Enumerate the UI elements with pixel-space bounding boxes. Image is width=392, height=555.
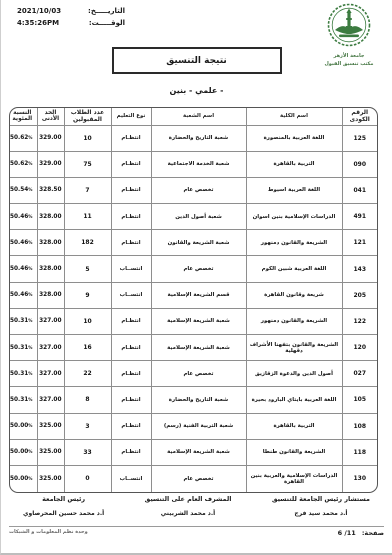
percent-sign: % bbox=[28, 240, 32, 245]
percent-sign: % bbox=[28, 476, 32, 481]
cell-college-name: الدراسات الإسلامية والعربية بنين القاهرة bbox=[246, 465, 342, 491]
cell-branch-name: شعبة الشريعة والقانون bbox=[151, 230, 246, 256]
cell-education-type: انتظـام bbox=[111, 308, 151, 334]
percent-sign: % bbox=[28, 292, 32, 297]
cell-percentage: 50.46% bbox=[9, 230, 37, 256]
table-row: 120 الشريعة والقانون بتفهنا الأشراف دقهل… bbox=[9, 335, 377, 361]
percentage-value: 50.46 bbox=[10, 266, 28, 272]
table-row: 090 التربية بالقاهرة شعبة الخدمة الاجتما… bbox=[9, 151, 377, 177]
cell-minimum-score: 327.00 bbox=[37, 335, 64, 361]
datetime-block: التاريـــــخ: 2021/10/03 الوقـــــت: 4:3… bbox=[17, 7, 125, 31]
percentage-value: 50.46 bbox=[10, 214, 28, 220]
cell-branch-name: قسم الشريعة الإسلامية bbox=[151, 282, 246, 308]
cell-code-number: 122 bbox=[342, 308, 377, 334]
footer-divider bbox=[9, 526, 384, 527]
percent-sign: % bbox=[28, 345, 32, 350]
cell-percentage: 50.46% bbox=[9, 282, 37, 308]
document-page: التاريـــــخ: 2021/10/03 الوقـــــت: 4:3… bbox=[0, 0, 392, 555]
cell-branch-name: تخصص عام bbox=[151, 465, 246, 491]
cell-percentage: 50.00% bbox=[9, 413, 37, 439]
results-table: الرقم الكودى اسم الكلية اسم الشعبة نوع ا… bbox=[9, 108, 377, 492]
percent-sign: % bbox=[28, 187, 32, 192]
cell-code-number: 130 bbox=[342, 465, 377, 491]
cell-code-number: 041 bbox=[342, 177, 377, 203]
cell-accepted-count: 182 bbox=[64, 230, 111, 256]
signatures-row: مستشار رئيس الجامعة للتنسيق أ.د محمد سيد… bbox=[1, 495, 392, 517]
cell-college-name: اللغة العربية بالمنصورة bbox=[246, 125, 342, 151]
cell-code-number: 118 bbox=[342, 439, 377, 465]
cell-minimum-score: 327.00 bbox=[37, 308, 64, 334]
cell-accepted-count: 9 bbox=[64, 282, 111, 308]
cell-accepted-count: 11 bbox=[64, 204, 111, 230]
cell-education-type: انتســاب bbox=[111, 282, 151, 308]
cell-percentage: 50.31% bbox=[9, 361, 37, 387]
title-box: نتيجة التنسيق bbox=[112, 47, 282, 74]
cell-percentage: 50.00% bbox=[9, 439, 37, 465]
cell-education-type: انتظـام bbox=[111, 413, 151, 439]
table-row: 118 الشريعة والقانون طنطا شعبة الشريعة ا… bbox=[9, 439, 377, 465]
header-code-number: الرقم الكودى bbox=[342, 108, 377, 125]
cell-college-name: اللغة العربية بايتاي البارود بحيرة bbox=[246, 387, 342, 413]
cell-code-number: 090 bbox=[342, 151, 377, 177]
signature-president-title: رئيس الجامعة bbox=[23, 495, 104, 503]
header-branch-name: اسم الشعبة bbox=[151, 108, 246, 125]
cell-college-name: أصول الدين والدعوة الزقازيق bbox=[246, 361, 342, 387]
page-info: صفحة: 6 /11 bbox=[338, 529, 384, 537]
percentage-value: 50.31 bbox=[10, 345, 28, 351]
cell-minimum-score: 328.00 bbox=[37, 282, 64, 308]
cell-accepted-count: 10 bbox=[64, 308, 111, 334]
cell-minimum-score: 325.00 bbox=[37, 413, 64, 439]
cell-branch-name: شعبة الشريعة الإسلامية bbox=[151, 335, 246, 361]
cell-education-type: انتظـام bbox=[111, 230, 151, 256]
header-minimum-score: الحد الأدنى bbox=[37, 108, 64, 125]
page-number: 6 /11 bbox=[338, 529, 356, 537]
cell-branch-name: شعبة التاريخ والحضارة bbox=[151, 387, 246, 413]
cell-accepted-count: 0 bbox=[64, 465, 111, 491]
cell-college-name: الشريعة والقانون دمنهور bbox=[246, 308, 342, 334]
header-percentage: النسبة المئوية bbox=[9, 108, 37, 125]
cell-percentage: 50.31% bbox=[9, 308, 37, 334]
cell-code-number: 027 bbox=[342, 361, 377, 387]
cell-code-number: 121 bbox=[342, 230, 377, 256]
cell-branch-name: شعبة أصول الدين bbox=[151, 204, 246, 230]
cell-education-type: انتســاب bbox=[111, 465, 151, 491]
cell-branch-name: شعبة الشريعة الإسلامية bbox=[151, 308, 246, 334]
cell-code-number: 120 bbox=[342, 335, 377, 361]
header-education-type: نوع التعليم bbox=[111, 108, 151, 125]
signature-supervisor-name: أ.د محمد الشربيني bbox=[145, 510, 232, 517]
cell-percentage: 50.62% bbox=[9, 125, 37, 151]
percentage-value: 50.62 bbox=[10, 161, 28, 167]
table-row: 205 شريعة وقانون القاهرة قسم الشريعة الإ… bbox=[9, 282, 377, 308]
cell-education-type: انتظـام bbox=[111, 439, 151, 465]
cell-education-type: انتظـام bbox=[111, 204, 151, 230]
azhar-emblem-icon bbox=[326, 3, 372, 49]
percentage-value: 50.31 bbox=[10, 397, 28, 403]
cell-college-name: الدراسات الإسلامية بنين اسوان bbox=[246, 204, 342, 230]
table-row: 121 الشريعة والقانون دمنهور شعبة الشريعة… bbox=[9, 230, 377, 256]
cell-education-type: انتســاب bbox=[111, 256, 151, 282]
cell-education-type: انتظـام bbox=[111, 125, 151, 151]
percentage-value: 50.62 bbox=[10, 135, 28, 141]
cell-education-type: انتظـام bbox=[111, 361, 151, 387]
cell-minimum-score: 329.00 bbox=[37, 125, 64, 151]
cell-code-number: 105 bbox=[342, 387, 377, 413]
cell-percentage: 50.31% bbox=[9, 387, 37, 413]
table-row: 027 أصول الدين والدعوة الزقازيق تخصص عام… bbox=[9, 361, 377, 387]
cell-college-name: اللغة العربية شبين الكوم bbox=[246, 256, 342, 282]
cell-minimum-score: 329.00 bbox=[37, 151, 64, 177]
cell-accepted-count: 10 bbox=[64, 125, 111, 151]
percentage-value: 50.00 bbox=[10, 476, 28, 482]
cell-college-name: الشريعة والقانون طنطا bbox=[246, 439, 342, 465]
cell-education-type: انتظـام bbox=[111, 335, 151, 361]
percent-sign: % bbox=[28, 135, 32, 140]
cell-accepted-count: 3 bbox=[64, 413, 111, 439]
date-label: التاريـــــخ: bbox=[88, 7, 125, 15]
cell-percentage: 50.46% bbox=[9, 204, 37, 230]
time-label: الوقـــــت: bbox=[89, 19, 125, 27]
signature-supervisor-title: المشرف العام على التنسيق bbox=[145, 495, 232, 503]
cell-accepted-count: 5 bbox=[64, 256, 111, 282]
cell-percentage: 50.46% bbox=[9, 256, 37, 282]
cell-college-name: اللغة العربية اسيوط bbox=[246, 177, 342, 203]
cell-minimum-score: 327.00 bbox=[37, 361, 64, 387]
office-name: مكتب تنسيق القبول bbox=[318, 61, 380, 69]
university-logo-block: جامعة الأزهر مكتب تنسيق القبول bbox=[318, 3, 380, 68]
cell-code-number: 125 bbox=[342, 125, 377, 151]
percentage-value: 50.00 bbox=[10, 449, 28, 455]
university-name: جامعة الأزهر bbox=[318, 53, 380, 61]
table-row: 491 الدراسات الإسلامية بنين اسوان شعبة أ… bbox=[9, 204, 377, 230]
cell-college-name: التربية بالقاهرة bbox=[246, 413, 342, 439]
percent-sign: % bbox=[28, 371, 32, 376]
header-row: الرقم الكودى اسم الكلية اسم الشعبة نوع ا… bbox=[9, 108, 377, 125]
percent-sign: % bbox=[28, 397, 32, 402]
signature-advisor-name: أ.د محمد سيد فرج bbox=[272, 510, 370, 517]
cell-branch-name: تخصص عام bbox=[151, 177, 246, 203]
cell-college-name: الشريعة والقانون دمنهور bbox=[246, 230, 342, 256]
cell-percentage: 50.31% bbox=[9, 335, 37, 361]
percent-sign: % bbox=[28, 318, 32, 323]
cell-minimum-score: 328.50 bbox=[37, 177, 64, 203]
table-row: 108 التربية بالقاهرة شعبة التربية الفنية… bbox=[9, 413, 377, 439]
cell-accepted-count: 7 bbox=[64, 177, 111, 203]
signature-supervisor: المشرف العام على التنسيق أ.د محمد الشربي… bbox=[145, 495, 232, 517]
cell-minimum-score: 328.00 bbox=[37, 230, 64, 256]
page-label: صفحة: bbox=[362, 529, 384, 537]
header-college-name: اسم الكلية bbox=[246, 108, 342, 125]
cell-minimum-score: 328.00 bbox=[37, 256, 64, 282]
results-table-wrap: الرقم الكودى اسم الكلية اسم الشعبة نوع ا… bbox=[9, 107, 378, 493]
signature-president: رئيس الجامعة أ.د محمد حسين المحرصاوي bbox=[23, 495, 104, 517]
percentage-value: 50.46 bbox=[10, 240, 28, 246]
cell-branch-name: شعبة التاريخ والحضارة bbox=[151, 125, 246, 151]
cell-accepted-count: 16 bbox=[64, 335, 111, 361]
signature-president-name: أ.د محمد حسين المحرصاوي bbox=[23, 510, 104, 517]
percent-sign: % bbox=[28, 449, 32, 454]
cell-education-type: انتظـام bbox=[111, 387, 151, 413]
page-title: نتيجة التنسيق bbox=[166, 56, 227, 66]
cell-branch-name: شعبة التربية الفنية (رسم) bbox=[151, 413, 246, 439]
results-table-header: الرقم الكودى اسم الكلية اسم الشعبة نوع ا… bbox=[9, 108, 377, 125]
table-row: 105 اللغة العربية بايتاي البارود بحيرة ش… bbox=[9, 387, 377, 413]
percentage-value: 50.46 bbox=[10, 292, 28, 298]
percentage-value: 50.00 bbox=[10, 423, 28, 429]
footer-row: صفحة: 6 /11 وحدة نظم المعلومات و الشبكات bbox=[9, 529, 384, 537]
cell-code-number: 143 bbox=[342, 256, 377, 282]
cell-percentage: 50.54% bbox=[9, 177, 37, 203]
cell-college-name: شريعة وقانون القاهرة bbox=[246, 282, 342, 308]
percent-sign: % bbox=[28, 423, 32, 428]
cell-minimum-score: 328.00 bbox=[37, 204, 64, 230]
table-row: 125 اللغة العربية بالمنصورة شعبة التاريخ… bbox=[9, 125, 377, 151]
percentage-value: 50.31 bbox=[10, 318, 28, 324]
header-accepted-count: عدد الطلاب المقبولين bbox=[64, 108, 111, 125]
signature-advisor-title: مستشار رئيس الجامعة للتنسيق bbox=[272, 495, 370, 503]
percent-sign: % bbox=[28, 266, 32, 271]
cell-branch-name: تخصص عام bbox=[151, 361, 246, 387]
cell-accepted-count: 75 bbox=[64, 151, 111, 177]
date-row: التاريـــــخ: 2021/10/03 bbox=[17, 7, 125, 15]
percent-sign: % bbox=[28, 161, 32, 166]
cell-minimum-score: 325.00 bbox=[37, 465, 64, 491]
table-row: 130 الدراسات الإسلامية والعربية بنين الق… bbox=[9, 465, 377, 491]
percentage-value: 50.31 bbox=[10, 371, 28, 377]
table-row: 122 الشريعة والقانون دمنهور شعبة الشريعة… bbox=[9, 308, 377, 334]
it-unit-label: وحدة نظم المعلومات و الشبكات bbox=[9, 529, 88, 535]
cell-branch-name: شعبة الخدمة الاجتماعية bbox=[151, 151, 246, 177]
cell-education-type: انتظـام bbox=[111, 177, 151, 203]
time-row: الوقـــــت: 4:35:26PM bbox=[17, 19, 125, 27]
cell-percentage: 50.00% bbox=[9, 465, 37, 491]
table-row: 041 اللغة العربية اسيوط تخصص عام انتظـام… bbox=[9, 177, 377, 203]
percent-sign: % bbox=[28, 214, 32, 219]
signature-advisor: مستشار رئيس الجامعة للتنسيق أ.د محمد سيد… bbox=[272, 495, 370, 517]
date-value: 2021/10/03 bbox=[17, 7, 61, 15]
cell-accepted-count: 22 bbox=[64, 361, 111, 387]
cell-college-name: الشريعة والقانون بتفهنا الأشراف دقهلية bbox=[246, 335, 342, 361]
cell-accepted-count: 8 bbox=[64, 387, 111, 413]
cell-education-type: انتظـام bbox=[111, 151, 151, 177]
cell-branch-name: تخصص عام bbox=[151, 256, 246, 282]
cell-code-number: 205 bbox=[342, 282, 377, 308]
cell-minimum-score: 325.00 bbox=[37, 439, 64, 465]
category-subtitle: - علمي - بنين bbox=[1, 86, 392, 95]
cell-branch-name: شعبة الشريعة الإسلامية bbox=[151, 439, 246, 465]
time-value: 4:35:26PM bbox=[17, 19, 59, 27]
table-row: 143 اللغة العربية شبين الكوم تخصص عام ان… bbox=[9, 256, 377, 282]
cell-percentage: 50.62% bbox=[9, 151, 37, 177]
cell-code-number: 491 bbox=[342, 204, 377, 230]
cell-college-name: التربية بالقاهرة bbox=[246, 151, 342, 177]
cell-code-number: 108 bbox=[342, 413, 377, 439]
cell-accepted-count: 33 bbox=[64, 439, 111, 465]
cell-minimum-score: 327.00 bbox=[37, 387, 64, 413]
percentage-value: 50.54 bbox=[10, 187, 28, 193]
results-table-body: 125 اللغة العربية بالمنصورة شعبة التاريخ… bbox=[9, 125, 377, 492]
